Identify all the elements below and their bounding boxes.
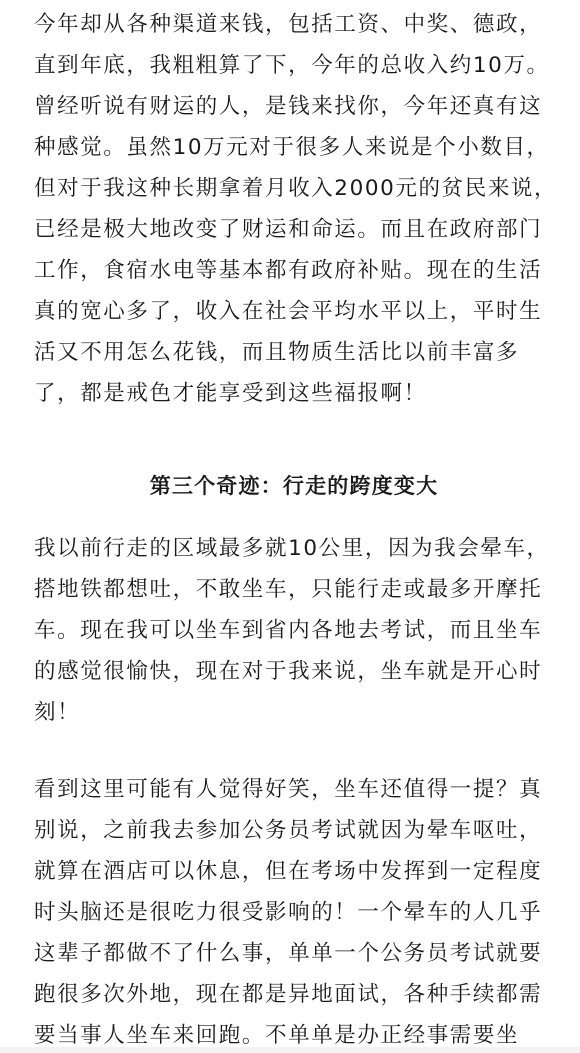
paragraph-income: 今年却从各种渠道来钱，包括工资、中奖、德政， 直到年底，我粗粗算了下，今年的总收… xyxy=(34,4,557,414)
text-line: 就算在酒店可以休息，但在考场中发挥到一定程度 xyxy=(34,851,542,892)
text-line: 真的宽心多了，收入在社会平均水平以上，平时生 xyxy=(34,291,557,332)
text-line: 车。现在我可以坐车到省内各地去考试，而且坐车 xyxy=(34,610,550,651)
text-line: 我以前行走的区域最多就10公里，因为我会晕车， xyxy=(34,528,550,569)
text-line: 活又不用怎么花钱，而且物质生活比以前丰富多 xyxy=(34,332,557,373)
text-line: 时头脑还是很吃力很受影响的！一个晕车的人几乎 xyxy=(34,892,542,933)
paragraph-carsickness: 看到这里可能有人觉得好笑，坐车还值得一提？真 别说，之前我去参加公务员考试就因为… xyxy=(34,769,542,1053)
text-line: 已经是极大地改变了财运和命运。而且在政府部门 xyxy=(34,209,557,250)
text-line: 了，都是戒色才能享受到这些福报啊！ xyxy=(34,373,557,414)
text-line: 工作，食宿水电等基本都有政府补贴。现在的生活 xyxy=(34,250,557,291)
text-line: 搭地铁都想吐，不敢坐车，只能行走或最多开摩托 xyxy=(34,569,550,610)
text-line: 别说，之前我去参加公务员考试就因为晕车呕吐， xyxy=(34,810,542,851)
text-line: 曾经听说有财运的人，是钱来找你，今年还真有这 xyxy=(34,86,557,127)
text-line: 直到年底，我粗粗算了下，今年的总收入约10万。 xyxy=(34,45,557,86)
text-line: 种感觉。虽然10万元对于很多人来说是个小数目， xyxy=(34,127,557,168)
text-line: 这辈子都做不了什么事，单单一个公务员考试就要 xyxy=(34,933,542,974)
bottom-edge xyxy=(0,1047,580,1053)
text-line: 的感觉很愉快，现在对于我来说，坐车就是开心时 xyxy=(34,651,550,692)
paragraph-travel: 我以前行走的区域最多就10公里，因为我会晕车， 搭地铁都想吐，不敢坐车，只能行走… xyxy=(34,528,550,733)
text-line: 看到这里可能有人觉得好笑，坐车还值得一提？真 xyxy=(34,769,542,810)
section-heading: 第三个奇迹：行走的跨度变大 xyxy=(34,466,554,506)
text-line: 跑很多次外地，现在都是异地面试，各种手续都需 xyxy=(34,974,542,1015)
text-line: 今年却从各种渠道来钱，包括工资、中奖、德政， xyxy=(34,4,557,45)
text-line: 但对于我这种长期拿着月收入2000元的贫民来说， xyxy=(34,168,557,209)
text-line: 刻！ xyxy=(34,692,550,733)
